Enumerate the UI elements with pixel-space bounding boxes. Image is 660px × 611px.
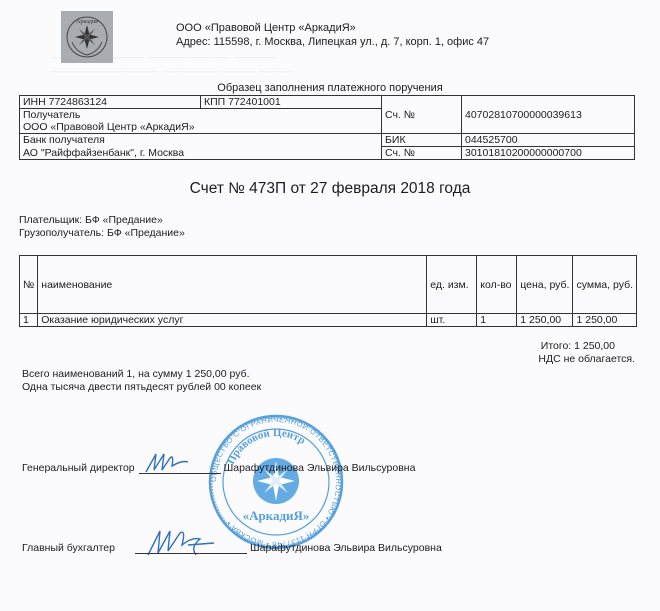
payer: Плательщик: БФ «Предание» [19, 214, 185, 227]
header-qty: кол-во [477, 256, 517, 314]
account-number: 40702810700000039613 [462, 96, 635, 134]
header-number: № [20, 256, 38, 314]
table-header-row: № наименование ед. изм. кол-во цена, руб… [20, 256, 637, 314]
account-label: Сч. № [382, 96, 462, 134]
row-qty: 1 [477, 314, 517, 327]
company-address: Адрес: 115598, г. Москва, Липецкая ул., … [176, 35, 489, 49]
row-price: 1 250,00 [517, 314, 573, 327]
row-unit: шт. [427, 314, 477, 327]
header-price: цена, руб. [517, 256, 573, 314]
payment-sample-title: Образец заполнения платежного поручения [0, 82, 660, 94]
summary-block: Всего наименований 1, на сумму 1 250,00 … [22, 368, 261, 394]
bik-label: БИК [382, 134, 462, 147]
recipient-label: Получатель [20, 109, 382, 122]
director-signature-line: Генеральный директор Шарафутдинова Эльви… [22, 462, 415, 474]
kpp-cell: КПП 772401001 [201, 96, 382, 109]
bank-details-table: ИНН 7724863124 КПП 772401001 Сч. № 40702… [19, 95, 635, 160]
vat-note: НДС не облагается. [538, 353, 635, 366]
bank-name: АО "Райффайзенбанк", г. Москва [20, 147, 382, 160]
accountant-name: Шарафутдинова Эльвира Вильсуровна [250, 542, 442, 554]
corr-account-number: 30101810200000000700 [462, 147, 635, 160]
row-number: 1 [20, 314, 38, 327]
stamp-center-text: «АркадиЯ» [243, 508, 310, 523]
summary-words: Одна тысяча двести пятьдесят рублей 00 к… [22, 381, 261, 394]
invoice-title: Счет № 473П от 27 февраля 2018 года [0, 180, 660, 198]
row-sum: 1 250,00 [573, 314, 637, 327]
director-name: Шарафутдинова Эльвира Вильсуровна [224, 462, 416, 474]
compass-star-logo-icon: Аркадия [64, 14, 110, 60]
company-logo: Аркадия [61, 11, 113, 63]
corr-account-label: Сч. № [382, 147, 462, 160]
payer-block: Плательщик: БФ «Предание» Грузополучател… [19, 214, 185, 240]
header-sum: сумма, руб. [573, 256, 637, 314]
svg-text:Аркадия: Аркадия [76, 19, 98, 25]
signature-underline [135, 543, 247, 554]
total-amount: Итого: 1 250,00 [538, 340, 635, 353]
bik-value: 044525700 [462, 134, 635, 147]
inn-cell: ИНН 7724863124 [20, 96, 201, 109]
items-table: № наименование ед. изм. кол-во цена, руб… [19, 255, 637, 327]
row-name: Оказание юридических услуг [38, 314, 427, 327]
table-row: 1 Оказание юридических услуг шт. 1 1 250… [20, 314, 637, 327]
header-unit: ед. изм. [427, 256, 477, 314]
totals-block: Итого: 1 250,00 НДС не облагается. [538, 340, 635, 366]
company-header: ООО «Правовой Центр «АркадиЯ» Адрес: 115… [176, 21, 489, 49]
company-name: ООО «Правовой Центр «АркадиЯ» [176, 21, 489, 35]
bank-label: Банк получателя [20, 134, 382, 147]
signature-underline [139, 463, 221, 474]
company-stamp: ОБЩЕСТВО С ОГРАНИЧЕННОЙ ОТВЕТСТВЕННОСТЬЮ… [208, 413, 344, 551]
recipient-name: ООО «Правовой Центр «АркадиЯ» [20, 121, 382, 134]
summary-count: Всего наименований 1, на сумму 1 250,00 … [22, 368, 261, 381]
accountant-label: Главный бухгалтер [22, 542, 115, 554]
consignee: Грузополучатель: БФ «Предание» [19, 227, 185, 240]
director-label: Генеральный директор [22, 462, 135, 474]
bleed-through-text: _____________ ______ ___ _______ ______ … [50, 62, 295, 73]
header-name: наименование [38, 256, 427, 314]
accountant-signature-line: Главный бухгалтер Шарафутдинова Эльвира … [22, 542, 442, 554]
